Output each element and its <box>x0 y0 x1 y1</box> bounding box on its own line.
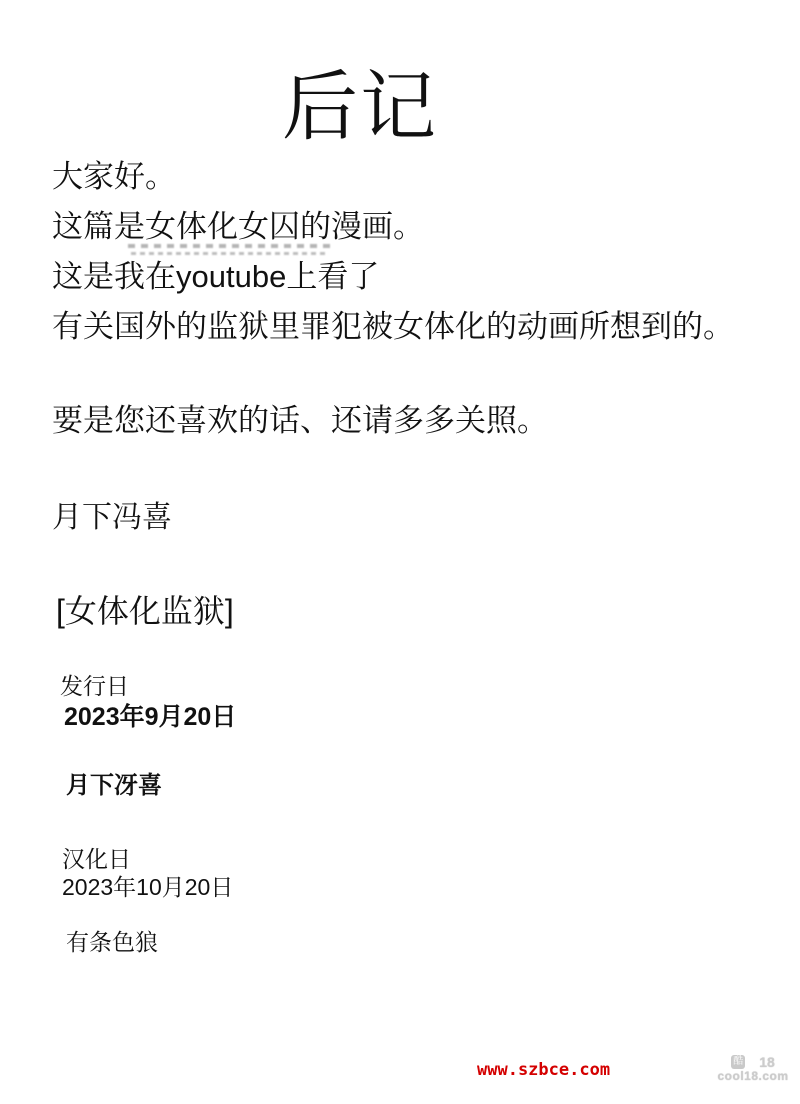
work-title: [女体化监狱] <box>56 586 234 632</box>
release-date-value: 2023年9月20日 <box>64 697 236 733</box>
closing-line: 要是您还喜欢的话、还请多多关照。 <box>52 395 548 440</box>
page-title: 后记 <box>0 46 760 155</box>
corner-watermark-badge: 酷 <box>731 1055 745 1069</box>
translation-date-value: 2023年10月20日 <box>62 869 233 902</box>
colophon-author-name: 月下冴喜 <box>66 765 162 800</box>
paragraph-line: 有关国外的监狱里罪犯被女体化的动画所想到的。 <box>52 302 734 352</box>
site-url-watermark: www.szbce.com <box>477 1060 610 1080</box>
afterword-page: 后记 大家好。 这篇是女体化女囚的漫画。 这是我在youtube上看了 有关国外… <box>0 0 800 1104</box>
paragraph-line: 这是我在youtube上看了 <box>52 252 734 302</box>
corner-watermark-row: 酷 18 <box>710 1055 796 1069</box>
corner-watermark: 酷 18 cool18.com <box>710 1055 796 1083</box>
erased-text-artifact <box>128 243 332 259</box>
corner-watermark-number: 18 <box>759 1056 775 1069</box>
translator-name: 有条色狼 <box>66 924 158 957</box>
author-signature: 月下冯喜 <box>52 492 172 536</box>
corner-watermark-domain: cool18.com <box>710 1070 796 1083</box>
paragraph-line: 大家好。 <box>52 152 734 202</box>
